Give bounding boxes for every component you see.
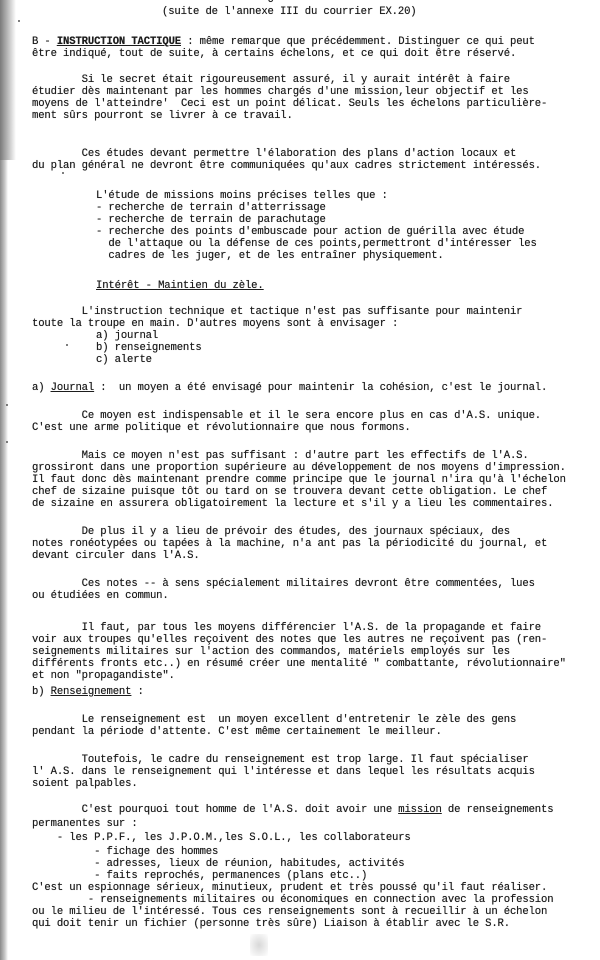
journal-para2-line: Mais ce moyen n'est pas suffisant : d'au… — [32, 450, 529, 462]
renseignement-para2-line: soient palpables. — [32, 778, 138, 790]
journal-para2-line: chef de sizaine puisque tôt ou tard on s… — [32, 486, 547, 498]
journal-para3-line: devant circuler dans l'A.S. — [32, 550, 200, 562]
renseignement-prefix: b) — [32, 686, 51, 698]
renseignement-heading-line: b) Renseignement : — [32, 686, 144, 698]
para-etudes-line: Ces études devant permettre l'élaboratio… — [32, 148, 516, 160]
section-b-heading-line: B - INSTRUCTION TACTIQUE : même remarque… — [32, 36, 535, 48]
journal-heading: Journal — [51, 382, 94, 394]
mission-item: - recherche des points d'embuscade pour … — [96, 226, 524, 238]
mission-item: - recherche de terrain de parachutage — [96, 214, 326, 226]
journal-para5-line: voir aux troupes qu'elles reçoivent des … — [32, 634, 547, 646]
scan-smudge — [250, 934, 268, 956]
journal-para3-line: notes ronéotypées ou tapées à la machine… — [32, 538, 547, 550]
journal-para4-line: ou étudiées en commun. — [32, 590, 169, 602]
journal-para5-line: Il faut, par tous les moyens différencie… — [32, 622, 541, 634]
para-secret-line: Si le secret était rigoureusement assuré… — [32, 74, 510, 86]
renseignement-mission-word: mission — [398, 804, 441, 816]
renseignement-text: de renseignements — [442, 804, 554, 816]
renseignement-para2-line: Toutefois, le cadre du renseignement est… — [32, 754, 529, 766]
missions-intro: L'étude de missions moins précises telle… — [96, 190, 388, 202]
section-b-prefix: B - — [32, 36, 57, 48]
journal-para4-line: Ces notes -- à sens spécialement militai… — [32, 578, 535, 590]
page-subtitle: (suite de l'annexe III du courrier EX.20… — [162, 6, 417, 18]
renseignement-para3-line: permanentes sur : — [32, 818, 138, 830]
renseignement-para2-line: l' A.S. dans le renseignement qui l'inté… — [32, 766, 535, 778]
scan-speck — [66, 344, 68, 346]
renseignement-heading-rest: : — [131, 686, 143, 698]
journal-heading-line: a) Journal : un moyen a été envisagé pou… — [32, 382, 547, 394]
renseignement-heading: Renseignement — [51, 686, 132, 698]
renseignement-targets: - les P.P.F., les J.P.O.M.,les S.O.L., l… — [32, 832, 411, 844]
renseignement-sub-item: - adresses, lieux de réunion, habitudes,… — [32, 858, 404, 870]
section-b-intro-line2: être indiqué, tout de suite, à certains … — [32, 48, 516, 60]
journal-para2-line: de sizaine en assurera obligatoirement l… — [32, 498, 553, 510]
para-secret-line: étudier dès maintenant par les hommes ch… — [32, 86, 529, 98]
journal-para5-line: différents fronts etc..) en résumé créer… — [32, 658, 566, 670]
renseignement-para1-line: Le renseignement est un moyen excellent … — [32, 714, 516, 726]
renseignement-military-line: ou le milieu de l'intéressé. Tous ces re… — [32, 906, 547, 918]
renseignement-para1-line: pendant la période d'attente. C'est même… — [32, 726, 442, 738]
para-etudes-line: du plan général ne devront être communiq… — [32, 160, 541, 172]
journal-para5-line: et non "propagandiste". — [32, 670, 175, 682]
journal-prefix: a) — [32, 382, 51, 394]
renseignement-sub-item: - fichage des hommes — [32, 846, 218, 858]
journal-para2-line: Il faut donc dès maintenant prendre comm… — [32, 474, 566, 486]
renseignement-military-line: qui doit tenir un fichier (personne très… — [32, 918, 510, 930]
mission-item: - recherche de terrain d'atterrissage — [96, 202, 326, 214]
renseignement-sub-item: - faits reprochés, permanences (plans et… — [32, 870, 367, 882]
scan-speck — [6, 404, 8, 406]
renseignement-para3-line: C'est pourquoi tout homme de l'A.S. doit… — [32, 804, 553, 816]
para-secret-line: moyens de l'atteindre' Ceci est un point… — [32, 98, 547, 110]
para-secret-line: ment sûrs pourront se livrer à ce travai… — [32, 110, 293, 122]
scan-speck — [6, 441, 8, 443]
journal-para2-line: grossiront dans une proportion supérieur… — [32, 462, 566, 474]
journal-para5-line: seignements militaires sur l'action des … — [32, 646, 510, 658]
scan-speck — [18, 20, 20, 22]
renseignement-military-line: - renseignements militaires ou économiqu… — [32, 894, 553, 906]
interet-list-item: b) renseignements — [96, 342, 202, 354]
section-b-title: INSTRUCTION TACTIQUE — [57, 36, 181, 48]
renseignement-espionnage: C'est un espionnage sérieux, minutieux, … — [32, 882, 547, 894]
journal-para1-line: Ce moyen est indispensable et il le sera… — [32, 410, 541, 422]
section-b-intro: : même remarque que précédemment. Distin… — [181, 36, 535, 48]
interet-line: toute la troupe en main. D'autres moyens… — [32, 318, 398, 330]
interet-list-item: a) journal — [96, 330, 158, 342]
journal-para1-line: C'est une arme politique et révolutionna… — [32, 422, 411, 434]
journal-para3-line: De plus il y a lieu de prévoir des étude… — [32, 526, 510, 538]
interet-line: L'instruction technique et tactique n'es… — [32, 306, 522, 318]
renseignement-text: C'est pourquoi tout homme de l'A.S. doit… — [32, 804, 398, 816]
mission-item: de l'attaque ou la défense de ces points… — [96, 238, 537, 250]
interet-heading: Intérêt - Maintien du zèle. — [96, 280, 264, 292]
document-page: - 6 - (suite de l'annexe III du courrier… — [0, 0, 600, 960]
interet-list-item: c) alerte — [96, 354, 152, 366]
scan-speck — [62, 172, 64, 174]
journal-heading-rest: : un moyen a été envisagé pour maintenir… — [94, 382, 547, 394]
mission-item: cadres de les juger, et de les entraîner… — [96, 250, 444, 262]
